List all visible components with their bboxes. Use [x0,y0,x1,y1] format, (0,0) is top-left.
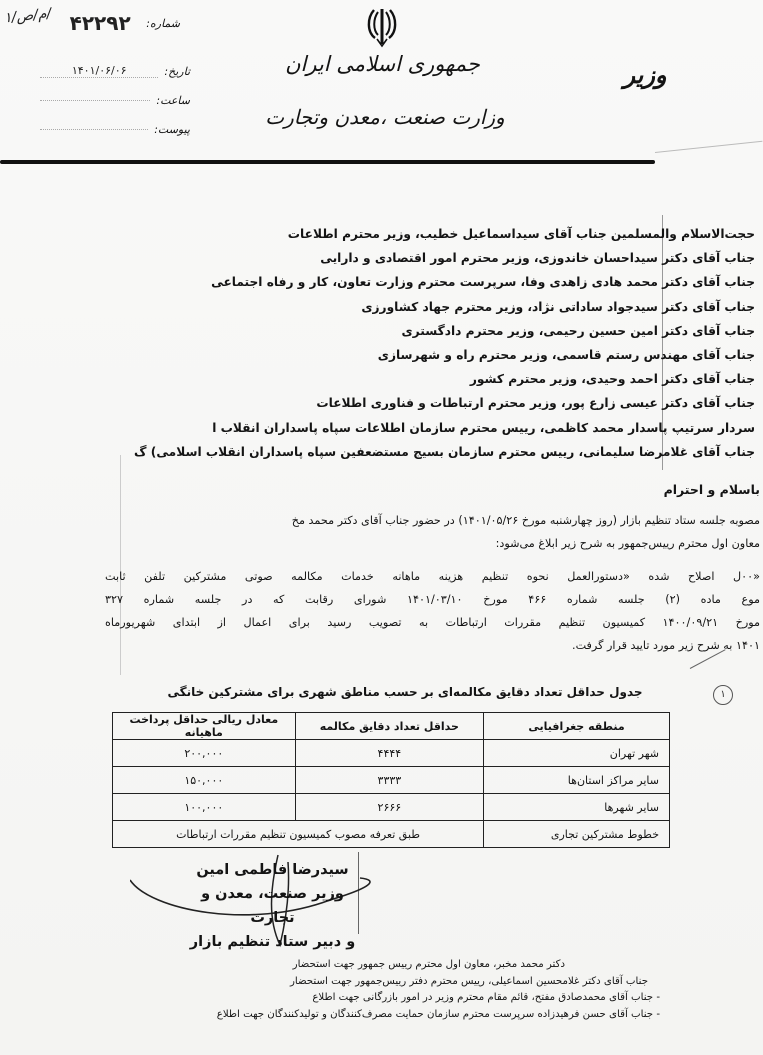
header-divider-tail [655,141,763,153]
cc-line: - جناب آقای حسن فرهیدزاده سرپرست محترم س… [155,1007,660,1024]
table-row: سایر شهرها ۲۶۶۶ ۱۰۰,۰۰۰ [113,794,670,821]
recipient-list: حجت‌الاسلام والمسلمین جناب آقای سیداسماع… [110,222,755,464]
region-cell: خطوط مشترکین تجاری [484,821,670,848]
paragraph-line: مصوبه جلسه ستاد تنظیم بازار (روز چهارشنب… [95,509,760,532]
letter-number-label: شماره: [146,17,180,30]
paragraph-line: ۱۴۰۱ به شرح زیر مورد تایید قرار گرفت. [105,634,760,657]
column-header: منطقه جغرافیایی [484,713,670,740]
region-cell: شهر تهران [484,740,670,767]
payment-cell: ۲۰۰,۰۰۰ [113,740,296,767]
table-title: جدول حداقل تعداد دقایق مکالمه‌ای بر حسب … [145,685,665,699]
recipient-line: جناب آقای دکتر سیداحسان خاندوزی، وزیر مح… [110,246,755,270]
recipient-line: حجت‌الاسلام والمسلمین جناب آقای سیداسماع… [110,222,755,246]
payment-cell: ۱۰۰,۰۰۰ [113,794,296,821]
letter-attachment-field: پیوست: [40,120,190,138]
recipient-line: جناب آقای دکتر عیسی زارع پور، وزیر محترم… [110,391,755,415]
letter-time-label: ساعت: [156,94,190,107]
recipient-line: جناب آقای غلامرضا سلیمانی، رییس محترم سا… [110,440,755,464]
recipient-line: جناب آقای مهندس رستم قاسمی، وزیر محترم ر… [110,343,755,367]
iran-emblem-icon [365,6,399,50]
letter-time-value [40,100,150,101]
payment-cell: ۱۵۰,۰۰۰ [113,767,296,794]
letter-number-value: ۴۲۲۹۲ [60,11,140,35]
letter-attachment-label: پیوست: [154,123,190,136]
greeting: باسلام و احترام [480,482,760,497]
merged-note-cell: طبق تعرفه مصوب کمیسیون تنظیم مقررات ارتب… [113,821,484,848]
paragraph-line: موع ماده (۲) جلسه شماره ۴۶۶ مورخ ۱۴۰۱/۰۳… [105,588,760,611]
letter-date-field: تاریخ: ۱۴۰۱/۰۶/۰۶ [40,62,190,80]
letter-attachment-value [40,129,148,130]
minutes-cell: ۴۴۴۴ [295,740,484,767]
signatory-title: و دبیر ستاد تنظیم بازار [185,930,360,954]
signatory-title: وزیر صنعت، معدن و تجارت [185,882,360,930]
recipient-line: جناب آقای دکتر سیدجواد ساداتی نژاد، وزیر… [110,295,755,319]
region-cell: سایر شهرها [484,794,670,821]
recipient-line: جناب آقای دکتر امین حسین رحیمی، وزیر محت… [110,319,755,343]
paragraph-line: «۰۰ل اصلاح شده «دستورالعمل نحوه تنظیم هز… [105,565,760,588]
republic-title: جمهوری اسلامی ایران [270,52,495,76]
minutes-cell: ۳۳۳۳ [295,767,484,794]
handwritten-note: ۱/م/ص/ [3,6,52,27]
signatory-name: سیدرضا فاطمی امین [185,858,360,882]
column-header: معادل ریالی حداقل پرداخت ماهیانه [113,713,296,740]
ministry-title: وزارت صنعت ،معدن وتجارت [255,105,515,129]
cc-list: دکتر محمد مخبر، معاون اول محترم رییس جمه… [155,957,660,1023]
body-paragraph-2: «۰۰ل اصلاح شده «دستورالعمل نحوه تنظیم هز… [105,565,760,657]
table-row: خطوط مشترکین تجاری طبق تعرفه مصوب کمیسیو… [113,821,670,848]
letter-number-field: شماره: ۴۲۲۹۲ [60,14,180,32]
tariff-table: منطقه جغرافیایی حداقل تعداد دقایق مکالمه… [112,712,670,848]
paragraph-line: معاون اول محترم رییس‌جمهور به شرح زیر اب… [95,532,760,555]
letter-page: جمهوری اسلامی ایران وزارت صنعت ،معدن وتج… [0,0,763,1055]
signature-block: سیدرضا فاطمی امین وزیر صنعت، معدن و تجار… [185,858,360,954]
body-paragraph-1: مصوبه جلسه ستاد تنظیم بازار (روز چهارشنب… [95,509,760,555]
paragraph-line: مورخ ۱۴۰۰/۰۹/۲۱ کمیسیون تنظیم مقررات ارت… [105,611,760,634]
letter-time-field: ساعت: [40,91,190,109]
region-cell: سایر مراکز استان‌ها [484,767,670,794]
column-header: حداقل تعداد دقایق مکالمه [295,713,484,740]
page-marker: ۱ [713,685,733,705]
recipient-line: جناب آقای دکتر احمد وحیدی، وزیر محترم کش… [110,367,755,391]
cc-line: دکتر محمد مخبر، معاون اول محترم رییس جمه… [155,957,660,974]
table-row: سایر مراکز استان‌ها ۳۳۳۳ ۱۵۰,۰۰۰ [113,767,670,794]
table-header-row: منطقه جغرافیایی حداقل تعداد دقایق مکالمه… [113,713,670,740]
cc-line: - جناب آقای محمدصادق مفتح، قائم مقام محت… [155,990,660,1007]
header-divider [0,160,655,164]
letter-date-label: تاریخ: [164,65,190,78]
office-title: وزیر [610,60,680,89]
table-row: شهر تهران ۴۴۴۴ ۲۰۰,۰۰۰ [113,740,670,767]
recipient-line: سردار سرتیپ پاسدار محمد کاظمی، رییس محتر… [110,416,755,440]
minutes-cell: ۲۶۶۶ [295,794,484,821]
recipient-line: جناب آقای دکتر محمد هادی زاهدی وفا، سرپر… [110,270,755,294]
cc-line: جناب آقای دکتر غلامحسین اسماعیلی، رییس م… [155,974,660,991]
letter-date-value: ۱۴۰۱/۰۶/۰۶ [40,64,158,78]
